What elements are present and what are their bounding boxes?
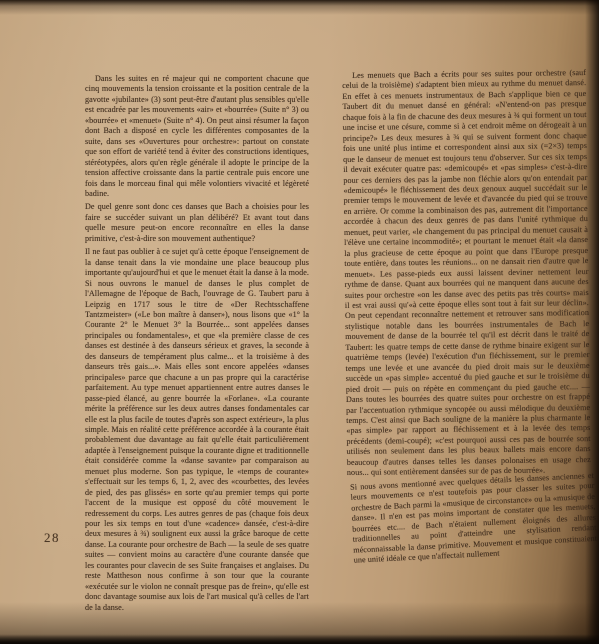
photo-edge-bottom bbox=[0, 634, 599, 644]
page-number: 28 bbox=[44, 530, 60, 546]
paragraph-left-1: Dans les suites en ré majeur qui ne comp… bbox=[85, 74, 309, 199]
page-paper: 28 Dans les suites en ré majeur qui ne c… bbox=[0, 0, 599, 644]
left-column: Dans les suites en ré majeur qui ne comp… bbox=[85, 74, 309, 616]
paragraph-left-3: Il ne faut pas oublier à ce sujet qu'à c… bbox=[85, 247, 309, 613]
paragraph-right-2: Si nous avons mentionné avec quelques dé… bbox=[350, 471, 598, 566]
paragraph-left-2: De quel genre sont donc ces danses que B… bbox=[85, 202, 309, 244]
paragraph-right-1: Les menuets que Bach a écrits pour ses s… bbox=[342, 68, 591, 479]
book-page-photo: 28 Dans les suites en ré majeur qui ne c… bbox=[0, 0, 599, 644]
page-gutter-shadow bbox=[585, 0, 599, 644]
right-column: Les menuets que Bach a écrits pour ses s… bbox=[342, 68, 592, 569]
